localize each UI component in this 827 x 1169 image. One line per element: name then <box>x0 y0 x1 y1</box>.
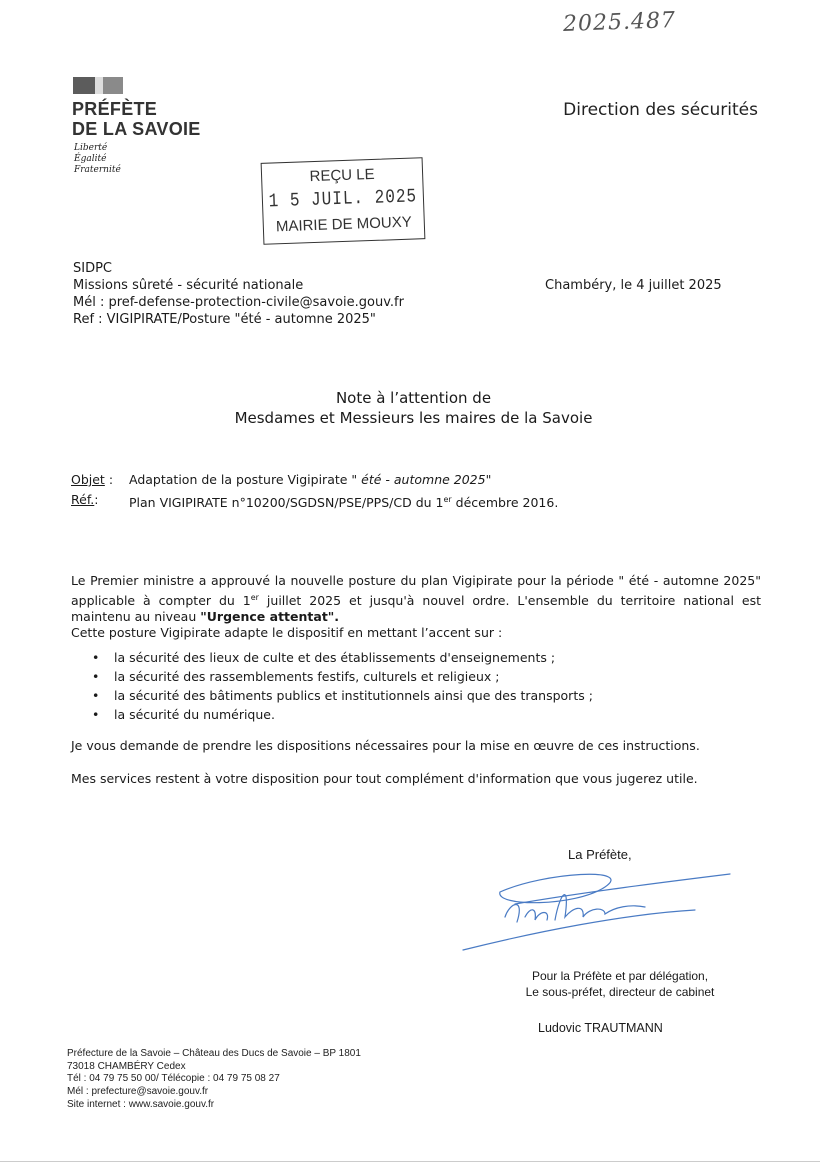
list-item: •la sécurité des bâtiments publics et in… <box>92 686 593 705</box>
note-title: Note à l’attention de Mesdames et Messie… <box>0 388 827 428</box>
motto-liberte: Liberté <box>74 143 121 154</box>
received-stamp: REÇU LE 1 5 JUIL. 2025 MAIRIE DE MOUXY <box>261 157 426 245</box>
handwritten-reference: 2025.487 <box>563 8 677 37</box>
footer-line: Mél : prefecture@savoie.gouv.fr <box>67 1086 361 1099</box>
note-title-line2: Mesdames et Messieurs les maires de la S… <box>0 408 827 428</box>
priority-list: •la sécurité des lieux de culte et des é… <box>92 648 593 724</box>
sender-mission: Missions sûreté - sécurité nationale <box>73 277 404 294</box>
handwritten-signature-icon <box>455 862 735 957</box>
logo-title-line2: DE LA SAVOIE <box>72 119 201 139</box>
footer-line: Site internet : www.savoie.gouv.fr <box>67 1099 361 1112</box>
footer-line: Préfecture de la Savoie – Château des Du… <box>67 1048 361 1061</box>
list-item: •la sécurité du numérique. <box>92 705 593 724</box>
sender-block: SIDPC Missions sûreté - sécurité nationa… <box>73 260 404 328</box>
stamp-mairie: MAIRIE DE MOUXY <box>264 213 424 236</box>
delegation-line2: Le sous-préfet, directeur de cabinet <box>500 984 740 1000</box>
bullet-icon: • <box>92 667 114 686</box>
scan-edge-divider <box>0 1161 820 1162</box>
motto-egalite: Égalité <box>74 154 121 165</box>
reference-label: Réf. <box>71 492 94 507</box>
object-text: Adaptation de la posture Vigipirate <box>129 472 351 487</box>
stamp-line1: REÇU LE <box>262 164 422 187</box>
bullet-icon: • <box>92 648 114 667</box>
delegation-line1: Pour la Préfète et par délégation, <box>500 968 740 984</box>
bullets-intro: Cette posture Vigipirate adapte le dispo… <box>71 625 502 640</box>
logo-title-line1: PRÉFÈTE <box>72 99 201 119</box>
footer-line: Tél : 04 79 75 50 00/ Télécopie : 04 79 … <box>67 1073 361 1086</box>
footer-address: Préfecture de la Savoie – Château des Du… <box>67 1048 361 1112</box>
sender-service: SIDPC <box>73 260 404 277</box>
body-paragraph-1: Le Premier ministre a approuvé la nouvel… <box>71 573 761 626</box>
list-item: •la sécurité des lieux de culte et des é… <box>92 648 593 667</box>
object-label: Objet <box>71 472 105 487</box>
reference-text: Plan VIGIPIRATE n°10200/SGDSN/PSE/PPS/CD… <box>129 495 443 510</box>
reference-row: Réf.: Plan VIGIPIRATE n°10200/SGDSN/PSE/… <box>71 490 558 513</box>
signer-name: Ludovic TRAUTMANN <box>538 1021 663 1035</box>
alert-level: "Urgence attentat". <box>200 609 339 624</box>
sender-email: Mél : pref-defense-protection-civile@sav… <box>73 294 404 311</box>
marianne-logo-icon <box>73 77 123 94</box>
bullet-icon: • <box>92 705 114 724</box>
republic-motto: Liberté Égalité Fraternité <box>74 143 121 176</box>
sender-ref: Ref : VIGIPIRATE/Posture "été - automne … <box>73 311 404 328</box>
signature-title: La Préfète, <box>568 847 632 862</box>
body-paragraph-2: Je vous demande de prendre les dispositi… <box>71 738 700 753</box>
letter-date: Chambéry, le 4 juillet 2025 <box>545 278 722 293</box>
footer-line: 73018 CHAMBÉRY Cedex <box>67 1061 361 1074</box>
body-paragraph-3: Mes services restent à votre disposition… <box>71 771 698 786</box>
object-block: Objet : Adaptation de la posture Vigipir… <box>71 470 558 513</box>
list-item: •la sécurité des rassemblements festifs,… <box>92 667 593 686</box>
bullet-icon: • <box>92 686 114 705</box>
motto-fraternite: Fraternité <box>74 165 121 176</box>
delegation-block: Pour la Préfète et par délégation, Le so… <box>500 968 740 1000</box>
note-title-line1: Note à l’attention de <box>0 388 827 408</box>
prefecture-logo-title: PRÉFÈTE DE LA SAVOIE <box>72 99 201 139</box>
direction-heading: Direction des sécurités <box>563 100 758 120</box>
object-text-italic: " été - automne 2025" <box>351 472 491 487</box>
stamp-date: 1 5 JUIL. 2025 <box>263 185 424 212</box>
object-row: Objet : Adaptation de la posture Vigipir… <box>71 470 558 490</box>
